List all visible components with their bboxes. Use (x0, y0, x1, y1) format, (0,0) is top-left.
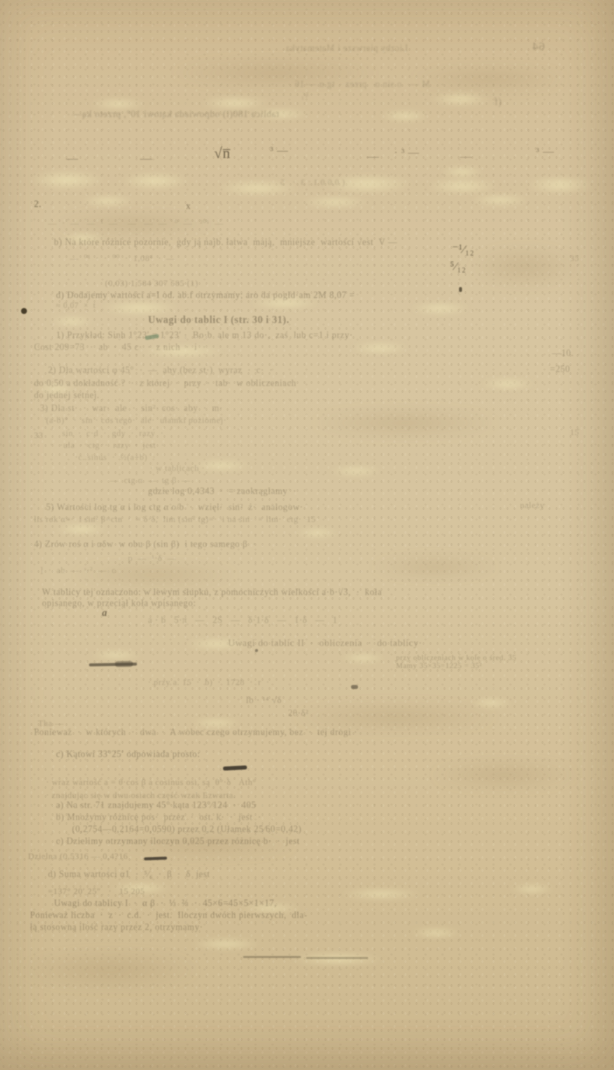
ink-dash-mark (144, 857, 167, 861)
green-fleck-mark (145, 334, 159, 340)
ink-dash-mark (223, 765, 247, 770)
ink-mark-layer (0, 0, 614, 1070)
footer-rule (243, 956, 301, 958)
ink-dash-mark (89, 663, 137, 667)
scanned-page: Liczby pierwsze i Matematyka64M — o sin … (0, 0, 614, 1070)
footer-rule (306, 957, 368, 959)
ink-speck-mark (255, 649, 258, 652)
ink-dot-mark (21, 308, 27, 314)
ink-speck-mark (351, 685, 358, 689)
ink-dash-mark (115, 661, 133, 667)
ink-speck-mark (459, 287, 462, 292)
